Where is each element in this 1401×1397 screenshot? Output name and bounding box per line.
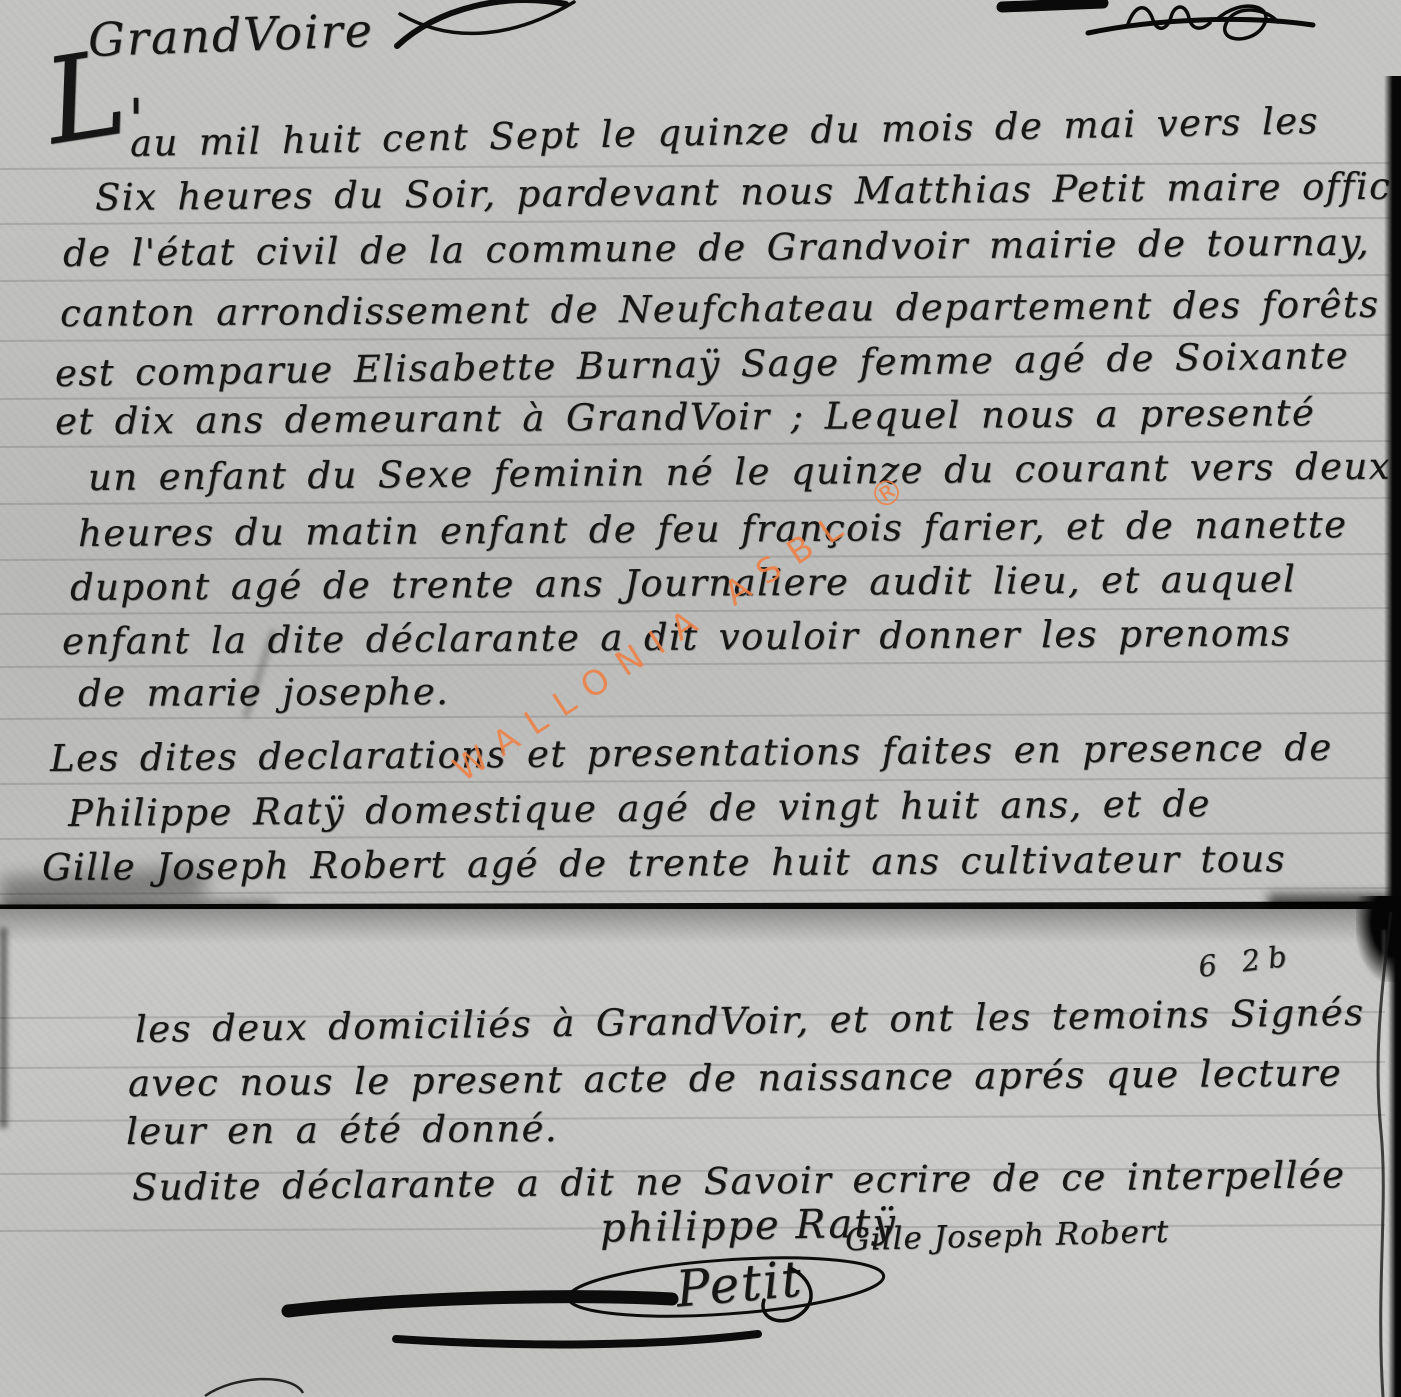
manuscript-line: Gille Joseph Robert agé de trente huit a… bbox=[42, 837, 1286, 889]
left-edge-smear bbox=[0, 928, 7, 1128]
manuscript-line: et dix ans demeurant à GrandVoir ; Leque… bbox=[55, 391, 1315, 443]
manuscript-line: leur en a été donné. bbox=[126, 1107, 558, 1153]
torn-edge-highlight bbox=[1382, 930, 1386, 1370]
manuscript-line: un enfant du Sexe feminin né le quinze d… bbox=[88, 445, 1391, 499]
page-edge-corner-blob bbox=[1356, 896, 1401, 982]
page-edge-shadow-bottom bbox=[1388, 909, 1401, 1397]
ruled-line bbox=[0, 274, 1390, 282]
manuscript-line: de marie josephe. bbox=[78, 670, 450, 715]
bottom-page-section bbox=[0, 909, 1401, 1397]
manuscript-line: au mil huit cent Sept le quinze du mois … bbox=[130, 99, 1320, 165]
manuscript-line: de l'état civil de la commune de Grandvo… bbox=[63, 221, 1370, 275]
manuscript-line: Philippe Ratÿ domestique agé de vingt hu… bbox=[68, 782, 1211, 835]
document-scan: GrandVoire L ' au mil huit cent Sept le … bbox=[0, 0, 1401, 1397]
manuscript-line: heures du matin enfant de feu françois f… bbox=[78, 503, 1348, 555]
manuscript-line: Six heures du Soir, pardevant nous Matth… bbox=[95, 164, 1401, 219]
signature-petit-officer: Petit bbox=[674, 1250, 806, 1319]
place-header: GrandVoire bbox=[87, 3, 375, 67]
manuscript-line: est comparue Elisabette Burnaÿ Sage femm… bbox=[55, 334, 1350, 395]
manuscript-line: Les dites declarations et presentations … bbox=[50, 726, 1333, 780]
manuscript-line: canton arrondissement de Neufchateau dep… bbox=[60, 283, 1380, 335]
top-page-section: GrandVoire L ' au mil huit cent Sept le … bbox=[0, 0, 1401, 905]
page-edge-shadow-top bbox=[1384, 76, 1401, 906]
ruled-line bbox=[0, 887, 1390, 895]
